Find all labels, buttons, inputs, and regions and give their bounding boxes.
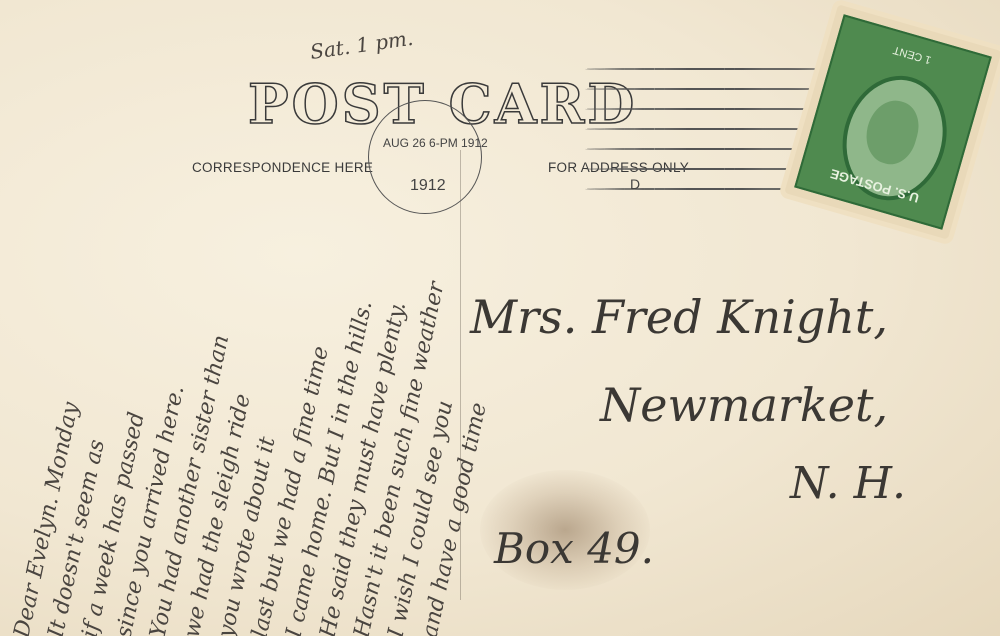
recipient-state: N. H. <box>790 458 906 509</box>
postage-stamp: 1 CENT U.S. POSTAGE <box>784 4 1000 239</box>
handwritten-message: Sat. 1 pm. Dear Evelyn. MondayIt doesn't… <box>12 40 612 635</box>
message-top-note: Sat. 1 pm. <box>309 26 415 64</box>
postcard-back: POST CARD CORRESPONDENCE HERE FOR ADDRES… <box>0 0 1000 636</box>
recipient-city: Newmarket, <box>600 378 888 432</box>
cancel-letter: D <box>630 176 640 192</box>
stamp-denomination: 1 CENT <box>846 30 978 78</box>
